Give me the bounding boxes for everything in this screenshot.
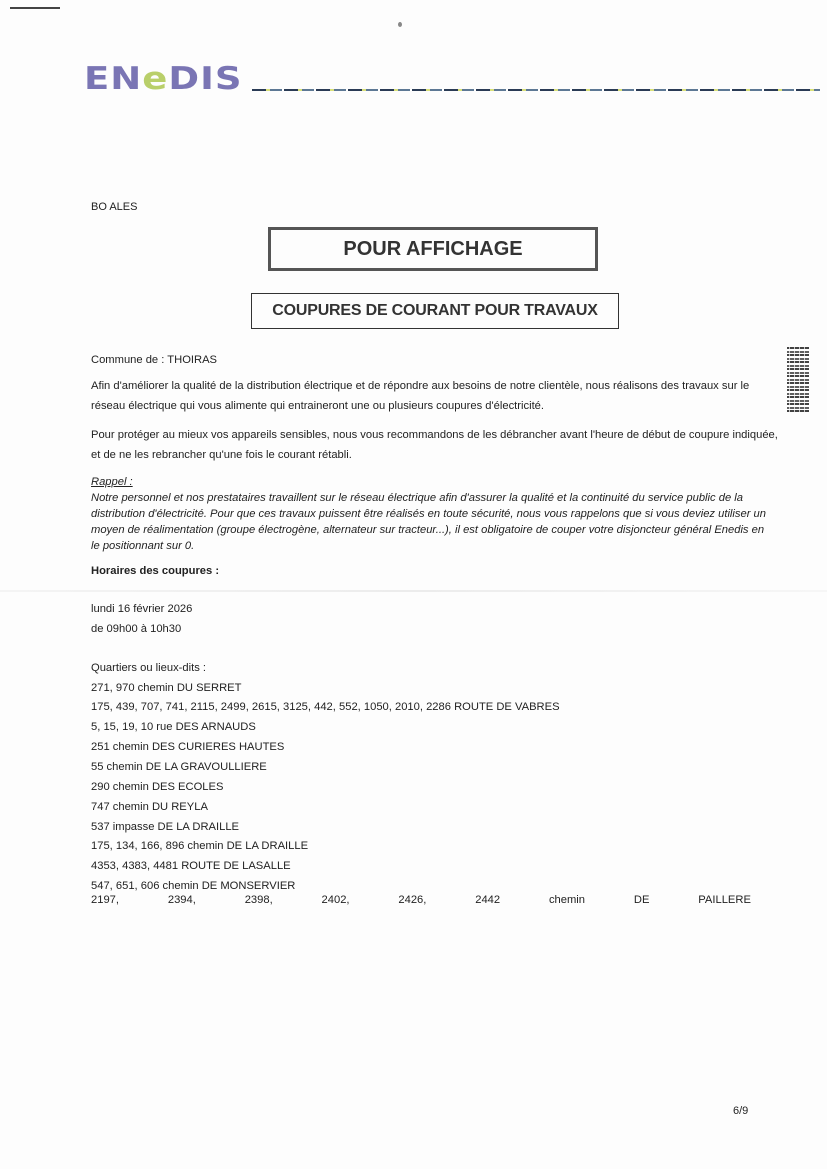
location-item: 5, 15, 19, 10 rue DES ARNAUDS [91,717,781,737]
word: chemin [549,894,585,906]
word: PAILLERE [698,894,751,906]
scan-dot [398,22,402,27]
reminder-title: Rappel : [91,474,781,490]
location-item: 537 impasse DE LA DRAILLE [91,817,781,837]
word: 2398, [245,894,273,906]
location-item: 251 chemin DES CURIERES HAUTES [91,737,781,757]
location-item-justified: 2197, 2394, 2398, 2402, 2426, 2442 chemi… [91,894,751,906]
commune: Commune de : THOIRAS [91,350,781,370]
word: 2394, [168,894,196,906]
main-title: POUR AFFICHAGE [343,238,522,261]
schedule-heading: Horaires des coupures : [91,561,781,581]
schedule-time: de 09h00 à 10h30 [91,619,781,639]
schedule-date: lundi 16 février 2026 [91,599,781,619]
header-rule [252,89,820,91]
datamatrix-overlay [787,346,809,412]
word: DE [634,894,650,906]
location-item: 747 chemin DU REYLA [91,797,781,817]
word: 2197, [91,894,119,906]
sub-title: COUPURES DE COURANT POUR TRAVAUX [272,302,597,320]
enedis-logo: ENeDIS [84,60,243,97]
sender: BO ALES [91,201,137,213]
page-number: 6/9 [733,1105,748,1117]
scan-mark [10,7,60,9]
location-item: 175, 439, 707, 741, 2115, 2499, 2615, 31… [91,697,781,717]
locations-heading: Quartiers ou lieux-dits : [91,658,781,678]
reminder-text: Notre personnel et nos prestataires trav… [91,490,771,554]
scan-band [0,590,827,592]
location-item: 290 chemin DES ECOLES [91,777,781,797]
word: 2402, [322,894,350,906]
logo-part2: e [142,60,168,97]
location-item: 271, 970 chemin DU SERRET [91,678,781,698]
main-title-box: POUR AFFICHAGE [268,227,598,271]
location-item: 55 chemin DE LA GRAVOULLIERE [91,757,781,777]
location-item: 175, 134, 166, 896 chemin DE LA DRAILLE [91,836,781,856]
logo-part3: DIS [168,60,242,97]
paragraph-2: Pour protéger au mieux vos appareils sen… [91,425,781,465]
sub-title-box: COUPURES DE COURANT POUR TRAVAUX [251,293,619,329]
word: 2442 [475,894,500,906]
logo-part1: EN [84,60,142,97]
word: 2426, [398,894,426,906]
location-item: 547, 651, 606 chemin DE MONSERVIER [91,876,781,896]
paragraph-1: Afin d'améliorer la qualité de la distri… [91,376,781,416]
location-item: 4353, 4383, 4481 ROUTE DE LASALLE [91,856,781,876]
